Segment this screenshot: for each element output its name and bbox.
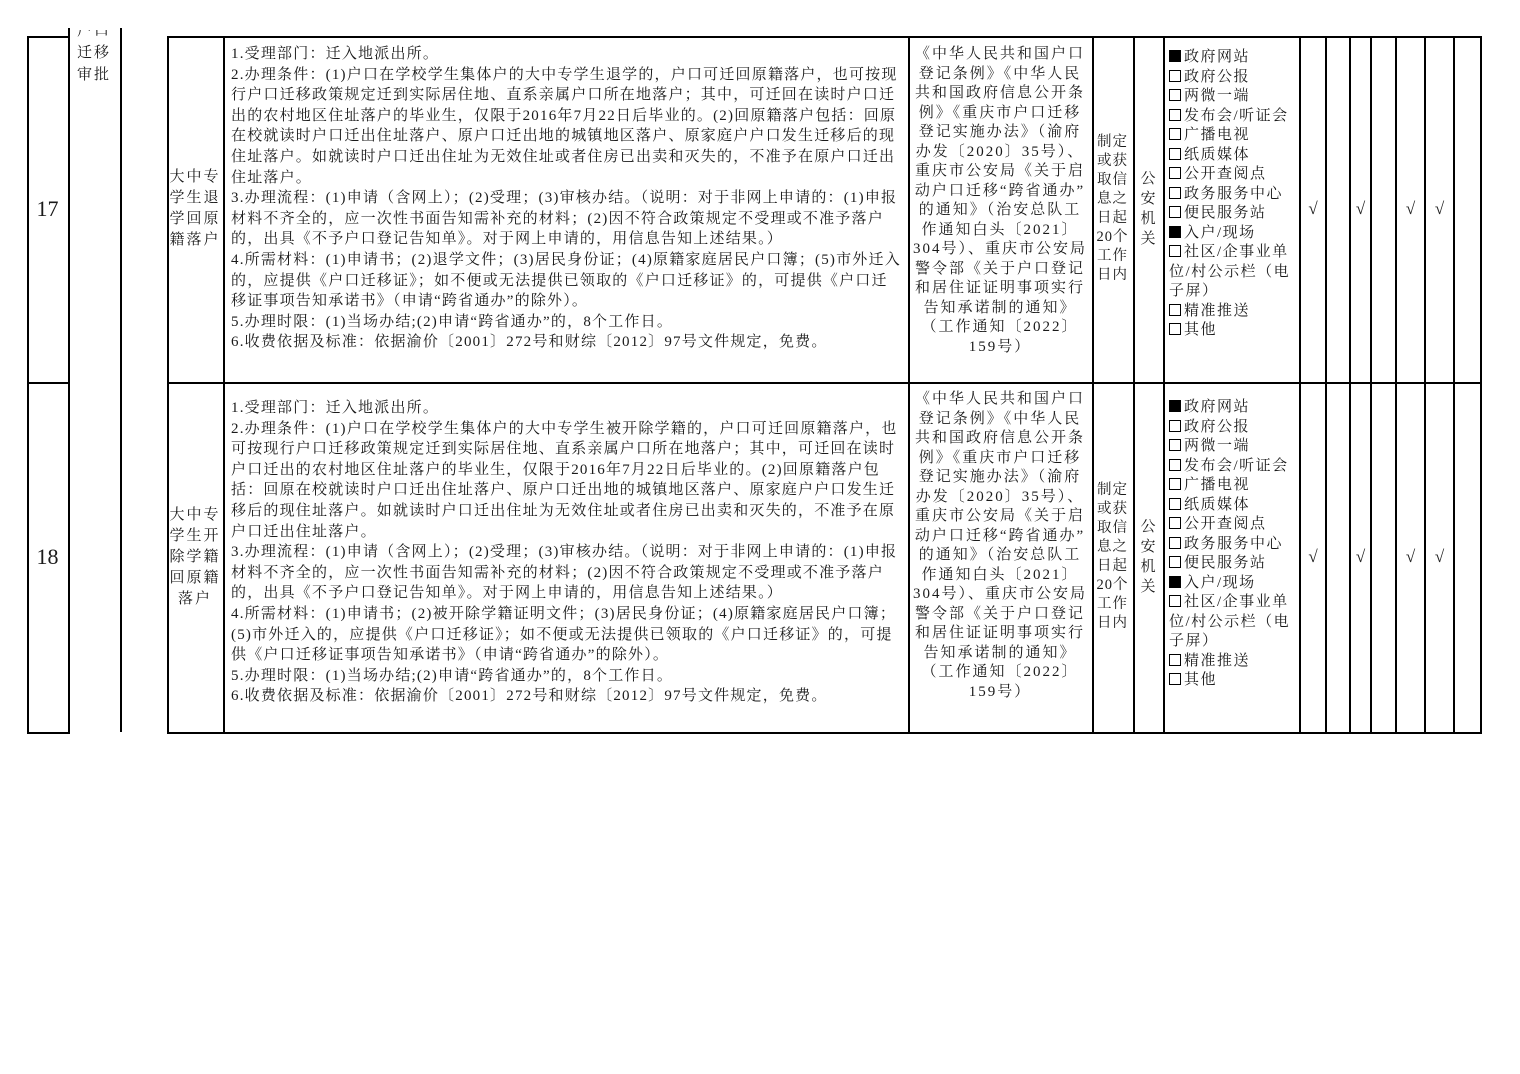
checkbox-unchecked-icon[interactable] bbox=[1169, 167, 1181, 179]
disclosure-channel-item: 公开查阅点 bbox=[1169, 515, 1295, 535]
procedure-item: 2.办理条件：(1)户口在学校学生集体户的大中专学生被开除学籍的，户口可迁回原籍… bbox=[231, 419, 902, 543]
channel-label: 社区/企事业单位/村公示栏（电子屏） bbox=[1169, 594, 1290, 649]
channel-label: 两微一端 bbox=[1184, 438, 1250, 454]
disclosure-channel-item: 社区/企事业单位/村公示栏（电子屏） bbox=[1169, 243, 1295, 302]
disclosure-channel-item: 便民服务站 bbox=[1169, 554, 1295, 574]
disclosure-channel-item: 广播电视 bbox=[1169, 126, 1295, 146]
procedure-item: 3.办理流程：(1)申请（含网上）；(2)受理；(3)审核办结。（说明：对于非网… bbox=[231, 542, 902, 604]
checkbox-unchecked-icon[interactable] bbox=[1169, 439, 1181, 451]
checkbox-unchecked-icon[interactable] bbox=[1169, 420, 1181, 432]
check-cell bbox=[1455, 384, 1480, 730]
checkbox-checked-icon[interactable] bbox=[1169, 576, 1181, 588]
procedure-item: 6.收费依据及标准：依据渝价〔2001〕272号和财综〔2012〕97号文件规定… bbox=[231, 332, 902, 353]
check-mark: √ bbox=[1435, 199, 1444, 219]
channel-label: 入户/现场 bbox=[1184, 225, 1256, 241]
procedure-item: 1.受理部门：迁入地派出所。 bbox=[231, 398, 902, 419]
channel-label: 广播电视 bbox=[1184, 127, 1250, 143]
checkbox-unchecked-icon[interactable] bbox=[1169, 537, 1181, 549]
category-label: 户口迁移审批 bbox=[70, 30, 118, 86]
disclosure-channel-item: 两微一端 bbox=[1169, 437, 1295, 457]
authority-cell: 公安机关 bbox=[1135, 384, 1161, 730]
checkbox-unchecked-icon[interactable] bbox=[1169, 89, 1181, 101]
disclosure-channel-item: 两微一端 bbox=[1169, 87, 1295, 107]
check-mark: √ bbox=[1406, 199, 1415, 219]
table-border bbox=[1480, 36, 1482, 732]
channel-label: 社区/企事业单位/村公示栏（电子屏） bbox=[1169, 244, 1290, 299]
table-border bbox=[68, 28, 70, 732]
channel-label: 政府公报 bbox=[1184, 419, 1250, 435]
channel-label: 公开查阅点 bbox=[1184, 166, 1267, 182]
disclosure-channels-cell: 政府网站政府公报两微一端发布会/听证会广播电视纸质媒体公开查阅点政务服务中心便民… bbox=[1165, 384, 1297, 730]
procedure-item: 5.办理时限：(1)当场办结;(2)申请“跨省通办”的，8个工作日。 bbox=[231, 312, 902, 333]
disclosure-channels-cell: 政府网站政府公报两微一端发布会/听证会广播电视纸质媒体公开查阅点政务服务中心便民… bbox=[1165, 38, 1297, 380]
procedure-item: 3.办理流程：(1)申请（含网上）；(2)受理；(3)审核办结。（说明：对于非网… bbox=[231, 188, 902, 250]
checkbox-unchecked-icon[interactable] bbox=[1169, 654, 1181, 666]
row-number: 17 bbox=[37, 196, 59, 222]
table-border bbox=[167, 732, 1482, 734]
disclosure-channel-item: 其他 bbox=[1169, 321, 1295, 341]
channel-label: 纸质媒体 bbox=[1184, 497, 1250, 513]
checkbox-unchecked-icon[interactable] bbox=[1169, 206, 1181, 218]
authority-cell: 公安机关 bbox=[1135, 38, 1161, 380]
table-border bbox=[120, 28, 122, 732]
checkbox-unchecked-icon[interactable] bbox=[1169, 304, 1181, 316]
document-page: 户口迁移审批 17 大中专学生退学回原籍落户 1.受理部门：迁入地派出所。 2.… bbox=[0, 0, 1520, 1074]
checkbox-unchecked-icon[interactable] bbox=[1169, 517, 1181, 529]
check-cell bbox=[1372, 38, 1395, 380]
check-mark: √ bbox=[1435, 547, 1444, 567]
publish-deadline-text: 制定或获取信息之日起20个工作日内 bbox=[1094, 133, 1131, 285]
authority-text: 公安机关 bbox=[1135, 517, 1161, 597]
checkbox-checked-icon[interactable] bbox=[1169, 50, 1181, 62]
publish-deadline-cell: 制定或获取信息之日起20个工作日内 bbox=[1094, 384, 1131, 730]
disclosure-channel-item: 精准推送 bbox=[1169, 302, 1295, 322]
checkbox-unchecked-icon[interactable] bbox=[1169, 459, 1181, 471]
channel-label: 发布会/听证会 bbox=[1184, 458, 1289, 474]
item-name: 大中专学生退学回原籍落户 bbox=[169, 167, 221, 251]
disclosure-channel-item: 其他 bbox=[1169, 671, 1295, 691]
checkbox-unchecked-icon[interactable] bbox=[1169, 245, 1181, 257]
table-border bbox=[27, 732, 70, 734]
row-number: 18 bbox=[37, 544, 59, 570]
procedure-item: 4.所需材料：(1)申请书；(2)退学文件；(3)居民身份证；(4)原籍家庭居民… bbox=[231, 250, 902, 312]
channel-label: 公开查阅点 bbox=[1184, 516, 1267, 532]
checkbox-checked-icon[interactable] bbox=[1169, 226, 1181, 238]
item-name-cell: 大中专学生开除学籍回原籍落户 bbox=[169, 384, 221, 730]
check-cell bbox=[1372, 384, 1395, 730]
disclosure-channel-item: 纸质媒体 bbox=[1169, 496, 1295, 516]
item-name-cell: 大中专学生退学回原籍落户 bbox=[169, 38, 221, 380]
checkbox-unchecked-icon[interactable] bbox=[1169, 595, 1181, 607]
channel-label: 便民服务站 bbox=[1184, 205, 1267, 221]
legal-basis-cell: 《中华人民共和国户口登记条例》《中华人民共和国政府信息公开条例》《重庆市户口迁移… bbox=[910, 384, 1090, 730]
checkbox-unchecked-icon[interactable] bbox=[1169, 187, 1181, 199]
procedure-item: 5.办理时限：(1)当场办结;(2)申请“跨省通办”的，8个工作日。 bbox=[231, 666, 902, 687]
check-cell: √ bbox=[1351, 384, 1370, 730]
disclosure-channel-item: 政府网站 bbox=[1169, 48, 1295, 68]
channel-label: 两微一端 bbox=[1184, 88, 1250, 104]
check-cell: √ bbox=[1351, 38, 1370, 380]
disclosure-channel-item: 政府公报 bbox=[1169, 418, 1295, 438]
disclosure-channel-item: 社区/企事业单位/村公示栏（电子屏） bbox=[1169, 593, 1295, 652]
disclosure-channel-item: 发布会/听证会 bbox=[1169, 457, 1295, 477]
procedure-item: 4.所需材料：(1)申请书；(2)被开除学籍证明文件；(3)居民身份证；(4)原… bbox=[231, 604, 902, 666]
channel-label: 发布会/听证会 bbox=[1184, 108, 1289, 124]
channel-label: 广播电视 bbox=[1184, 477, 1250, 493]
disclosure-channel-item: 入户/现场 bbox=[1169, 224, 1295, 244]
procedure-item: 1.受理部门：迁入地派出所。 bbox=[231, 44, 902, 65]
disclosure-channel-item: 便民服务站 bbox=[1169, 204, 1295, 224]
disclosure-channel-item: 政务服务中心 bbox=[1169, 535, 1295, 555]
checkbox-unchecked-icon[interactable] bbox=[1169, 70, 1181, 82]
row-number-cell: 17 bbox=[29, 38, 66, 380]
check-cell: √ bbox=[1397, 384, 1424, 730]
procedure-cell: 1.受理部门：迁入地派出所。 2.办理条件：(1)户口在学校学生集体户的大中专学… bbox=[225, 38, 906, 380]
checkbox-unchecked-icon[interactable] bbox=[1169, 478, 1181, 490]
check-cell: √ bbox=[1426, 384, 1453, 730]
authority-text: 公安机关 bbox=[1135, 169, 1161, 249]
disclosure-channel-item: 发布会/听证会 bbox=[1169, 107, 1295, 127]
checkbox-unchecked-icon[interactable] bbox=[1169, 498, 1181, 510]
item-name: 大中专学生开除学籍回原籍落户 bbox=[169, 505, 221, 610]
channel-label: 政府网站 bbox=[1184, 399, 1250, 415]
channel-label: 政务服务中心 bbox=[1184, 536, 1283, 552]
check-mark: √ bbox=[1356, 547, 1365, 567]
checkbox-unchecked-icon[interactable] bbox=[1169, 128, 1181, 140]
checkbox-unchecked-icon[interactable] bbox=[1169, 673, 1181, 685]
disclosure-channel-item: 精准推送 bbox=[1169, 652, 1295, 672]
checkbox-unchecked-icon[interactable] bbox=[1169, 556, 1181, 568]
check-mark: √ bbox=[1406, 547, 1415, 567]
disclosure-channel-item: 政府网站 bbox=[1169, 398, 1295, 418]
channel-label: 政府公报 bbox=[1184, 69, 1250, 85]
channel-label: 精准推送 bbox=[1184, 303, 1250, 319]
check-cell: √ bbox=[1426, 38, 1453, 380]
check-cell: √ bbox=[1301, 38, 1325, 380]
disclosure-channel-item: 公开查阅点 bbox=[1169, 165, 1295, 185]
channel-label: 入户/现场 bbox=[1184, 575, 1256, 591]
legal-basis-cell: 《中华人民共和国户口登记条例》《中华人民共和国政府信息公开条例》《重庆市户口迁移… bbox=[910, 38, 1090, 380]
check-mark: √ bbox=[1308, 547, 1317, 567]
disclosure-channel-item: 政务服务中心 bbox=[1169, 185, 1295, 205]
publish-deadline-text: 制定或获取信息之日起20个工作日内 bbox=[1094, 481, 1131, 633]
legal-basis-text: 《中华人民共和国户口登记条例》《中华人民共和国政府信息公开条例》《重庆市户口迁移… bbox=[913, 46, 1087, 355]
checkbox-unchecked-icon[interactable] bbox=[1169, 148, 1181, 160]
row-number-cell: 18 bbox=[29, 384, 66, 730]
channel-label: 其他 bbox=[1184, 322, 1217, 338]
publish-deadline-cell: 制定或获取信息之日起20个工作日内 bbox=[1094, 38, 1131, 380]
checkbox-checked-icon[interactable] bbox=[1169, 400, 1181, 412]
check-cell: √ bbox=[1397, 38, 1424, 380]
procedure-item: 2.办理条件：(1)户口在学校学生集体户的大中专学生退学的，户口可迁回原籍落户，… bbox=[231, 65, 902, 189]
procedure-cell: 1.受理部门：迁入地派出所。 2.办理条件：(1)户口在学校学生集体户的大中专学… bbox=[225, 384, 906, 730]
disclosure-channel-item: 广播电视 bbox=[1169, 476, 1295, 496]
disclosure-channel-item: 入户/现场 bbox=[1169, 574, 1295, 594]
checkbox-unchecked-icon[interactable] bbox=[1169, 109, 1181, 121]
channel-label: 政府网站 bbox=[1184, 49, 1250, 65]
check-cell bbox=[1327, 38, 1349, 380]
check-mark: √ bbox=[1356, 199, 1365, 219]
checkbox-unchecked-icon[interactable] bbox=[1169, 323, 1181, 335]
channel-label: 政务服务中心 bbox=[1184, 186, 1283, 202]
disclosure-channel-item: 政府公报 bbox=[1169, 68, 1295, 88]
legal-basis-text: 《中华人民共和国户口登记条例》《中华人民共和国政府信息公开条例》《重庆市户口迁移… bbox=[913, 391, 1087, 700]
disclosure-channel-item: 纸质媒体 bbox=[1169, 146, 1295, 166]
check-cell bbox=[1327, 384, 1349, 730]
check-mark: √ bbox=[1308, 199, 1317, 219]
channel-label: 精准推送 bbox=[1184, 653, 1250, 669]
channel-label: 纸质媒体 bbox=[1184, 147, 1250, 163]
category-cell: 户口迁移审批 bbox=[70, 30, 118, 88]
channel-label: 便民服务站 bbox=[1184, 555, 1267, 571]
check-cell: √ bbox=[1301, 384, 1325, 730]
check-cell bbox=[1455, 38, 1480, 380]
channel-label: 其他 bbox=[1184, 672, 1217, 688]
procedure-item: 6.收费依据及标准：依据渝价〔2001〕272号和财综〔2012〕97号文件规定… bbox=[231, 686, 902, 707]
